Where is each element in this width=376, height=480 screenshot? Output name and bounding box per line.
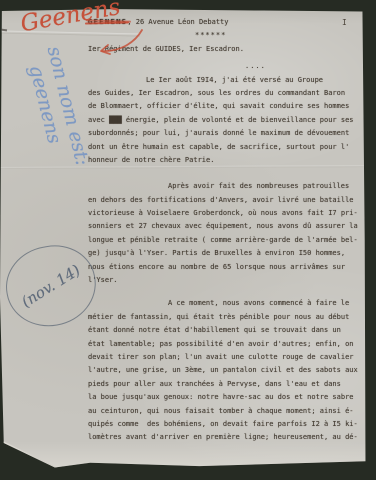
typed-line: victorieuse à Voiselaere Groberdonck, où…: [88, 207, 368, 220]
paper-fold-corner: [0, 438, 62, 472]
typed-line: au ceinturon, qui nous faisait tomber à …: [88, 405, 368, 418]
typed-line: métier de fantassin, qui était très péni…: [88, 311, 368, 324]
typed-line: devait tirer son plan; l'un avait une cu…: [88, 351, 368, 364]
typed-line: A ce moment, nous avons commencé à faire…: [88, 297, 368, 310]
typed-line: sonniers et 27 chevaux avec équipement, …: [88, 220, 368, 233]
typed-paragraph: A ce moment, nous avons commencé à faire…: [88, 297, 368, 444]
typed-line: l'Yser.: [88, 274, 368, 287]
typed-line: dont un être humain est capable, de sacr…: [88, 141, 368, 154]
typed-line: de Blommaert, officier d'élite, qui sava…: [88, 100, 368, 113]
typed-line: étant donné notre état d'habillement qui…: [88, 324, 368, 337]
typed-line: nous étions encore au nombre de 65 lorsq…: [88, 261, 368, 274]
edge-mark: [1, 29, 7, 32]
red-arrow-mark: [92, 28, 146, 60]
address-text: , 26 Avenue Léon Debatty: [127, 18, 228, 26]
typed-line: ge) jusqu'à l'Yser. Partis de Bruxelles …: [88, 247, 368, 260]
typed-paragraph: Le Ier août I9I4, j'ai été versé au Grou…: [88, 74, 368, 168]
typed-line: longue et pénible retraite ( comme arriè…: [88, 234, 368, 247]
typed-line: état lamentable; pas possibilité d'en av…: [88, 338, 368, 351]
typed-line: Après avoir fait des nombreuses patrouil…: [88, 180, 368, 193]
typed-line: pieds pour aller aux tranchées à Pervyse…: [88, 378, 368, 391]
typed-line: honneur de notre chère Patrie.: [88, 154, 368, 167]
typed-line: l'autre, une grise, un 3ème, un pantalon…: [88, 364, 368, 377]
photo-background: I GEENENS, 26 Avenue Léon Debatty ******…: [0, 0, 376, 480]
dot-separator: ....: [88, 60, 368, 73]
typed-line: la boue jusqu'aux genoux: notre havre-sa…: [88, 391, 368, 404]
typed-line: avec ███ énergie, plein de volonté et de…: [88, 114, 368, 127]
typed-paragraph: Après avoir fait des nombreuses patrouil…: [88, 180, 368, 287]
typed-text-block: GEENENS, 26 Avenue Léon Debatty ****** I…: [88, 16, 368, 445]
typed-line: Le Ier août I9I4, j'ai été versé au Grou…: [88, 74, 368, 87]
pencil-date-note: (nov. 14): [18, 261, 83, 311]
typed-line: lomètres avant d'arriver en première lig…: [88, 431, 368, 444]
typed-line: en dehors des fortifications d'Anvers, a…: [88, 194, 368, 207]
typed-line: quipés comme des bohémiens, on devait fa…: [88, 418, 368, 431]
typed-line: subordonnés; pour lui, j'aurais donné le…: [88, 127, 368, 140]
body-paragraphs: Le Ier août I9I4, j'ai été versé au Grou…: [88, 74, 368, 445]
typed-line: des Guides, Ier Escadron, sous les ordre…: [88, 87, 368, 100]
